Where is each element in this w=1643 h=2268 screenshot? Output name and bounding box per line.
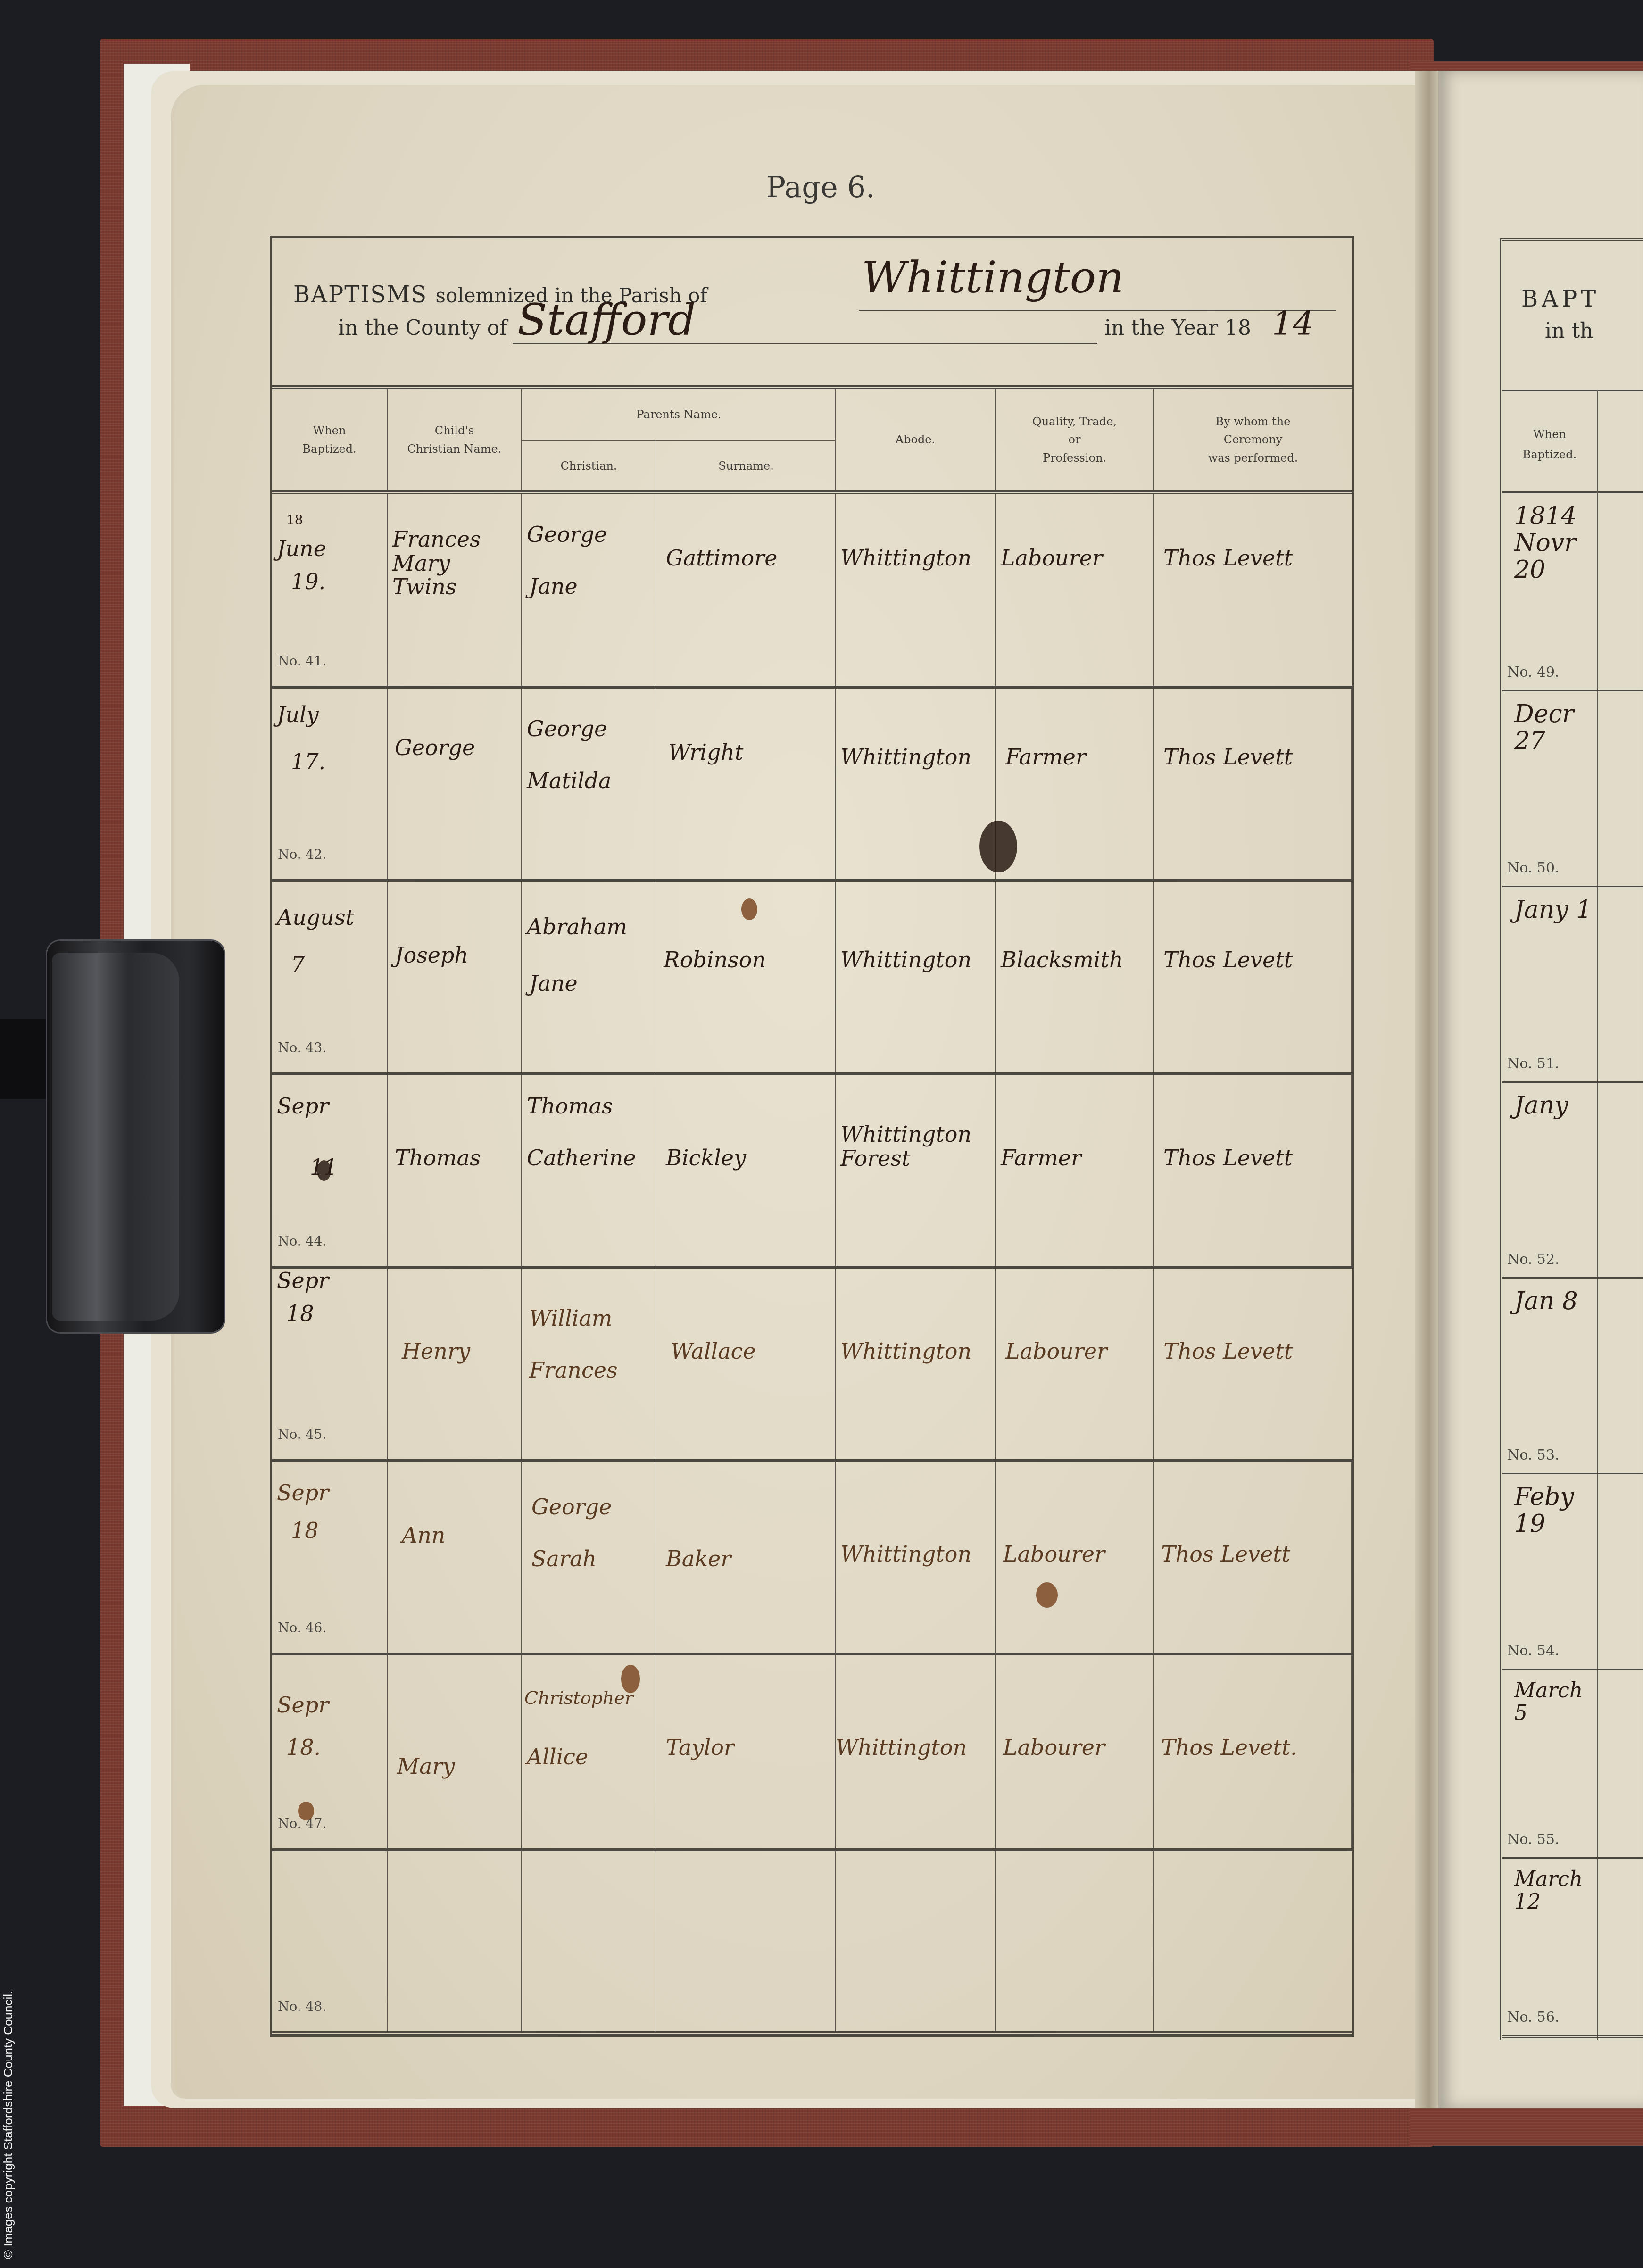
- county-label: in the County of: [338, 316, 507, 340]
- cell-trade: Farmer: [996, 1075, 1154, 1266]
- table-row: July 17. No. 42. George George Matilda W…: [272, 689, 1352, 882]
- cell-abode: [836, 1851, 996, 2031]
- cell-trade: Labourer: [996, 1269, 1154, 1459]
- entry-number: No. 42.: [278, 847, 326, 862]
- stain: [621, 1665, 640, 1693]
- entry-number: No. 41.: [278, 653, 326, 669]
- facing-row: Jany No. 52.: [1502, 1083, 1643, 1279]
- cell-date: August 7 No. 43.: [272, 882, 388, 1072]
- table-row: Sepr 18. No. 47. Mary Christopher Allice…: [272, 1655, 1352, 1851]
- cell-abode: Whittington: [836, 882, 996, 1072]
- cell-trade: Labourer: [996, 494, 1154, 686]
- cell-surname: Wright: [656, 689, 836, 879]
- cell-officiant: Thos Levett: [1154, 1462, 1352, 1653]
- stain: [1036, 1582, 1058, 1608]
- header-quality-trade: Quality, Trade, or Profession.: [996, 389, 1154, 490]
- cell-parent-christian: George Jane: [522, 494, 656, 686]
- entry-number: No. 43.: [278, 1040, 326, 1055]
- cell-surname: Baker: [656, 1462, 836, 1653]
- cell-abode: Whittington Forest: [836, 1075, 996, 1266]
- year-value: 14: [1272, 304, 1314, 343]
- cell-parent-christian: George Matilda: [522, 689, 656, 879]
- entry-number: No. 44.: [278, 1233, 326, 1249]
- cell-officiant: Thos Levett: [1154, 689, 1352, 879]
- header-when-baptized: When Baptized.: [272, 389, 388, 490]
- stain: [741, 898, 757, 920]
- cell-trade: Farmer: [996, 689, 1154, 879]
- ink-blot: [317, 1160, 331, 1181]
- parish-fill-line: [859, 310, 1336, 311]
- cell-child-name: Ann: [388, 1462, 522, 1653]
- cell-surname: Gattimore: [656, 494, 836, 686]
- parents-column-border: [522, 389, 836, 490]
- cell-date: July 17. No. 42.: [272, 689, 388, 879]
- cell-surname: Taylor: [656, 1655, 836, 1848]
- cell-date: Sepr 18. No. 47.: [272, 1655, 388, 1848]
- facing-row: Jany 1 No. 51.: [1502, 887, 1643, 1083]
- cell-child-name: Mary: [388, 1655, 522, 1848]
- header-by-whom: By whom the Ceremony was performed.: [1154, 389, 1352, 490]
- facing-row: Decr 27 No. 50.: [1502, 691, 1643, 887]
- facing-row: 1814 Novr 20 No. 49.: [1502, 493, 1643, 691]
- baptism-register-table: BAPTISMS solemnized in the Parish of Whi…: [270, 236, 1354, 2037]
- cell-parent-christian: Abraham Jane: [522, 882, 656, 1072]
- facing-row: March 12 No. 56.: [1502, 1859, 1643, 2038]
- header-child-name: Child's Christian Name.: [388, 389, 522, 490]
- table-row: Sepr 11 No. 44. Thomas Thomas Catherine …: [272, 1075, 1352, 1269]
- entry-number: No. 46.: [278, 1620, 326, 1636]
- cell-surname: [656, 1851, 836, 2031]
- copyright-notice: © Images copyright Staffordshire County …: [1, 1991, 16, 2259]
- cell-child-name: [388, 1851, 522, 2031]
- register-title-block: BAPTISMS solemnized in the Parish of Whi…: [272, 238, 1352, 389]
- entry-number: No. 45.: [278, 1427, 326, 1442]
- table-row: Sepr 18 No. 45. Henry William Frances Wa…: [272, 1269, 1352, 1462]
- page-number: Page 6.: [750, 170, 891, 204]
- cell-officiant: Thos Levett.: [1154, 1655, 1352, 1848]
- cell-child-name: George: [388, 689, 522, 879]
- cell-date: No. 48.: [272, 1851, 388, 2031]
- facing-register-table: BAPT in th When Baptized. 1814 Novr 20 N…: [1500, 238, 1643, 2040]
- facing-title: BAPT: [1521, 286, 1600, 312]
- year-label: in the Year 18: [1104, 316, 1251, 340]
- cell-surname: Wallace: [656, 1269, 836, 1459]
- clip-roller: [52, 953, 179, 1321]
- table-row-empty: No. 48.: [272, 1851, 1352, 2035]
- cell-child-name: Frances Mary Twins: [388, 494, 522, 686]
- cell-officiant: Thos Levett: [1154, 882, 1352, 1072]
- cell-surname: Bickley: [656, 1075, 836, 1266]
- table-row: August 7 No. 43. Joseph Abraham Jane Rob…: [272, 882, 1352, 1075]
- cell-child-name: Thomas: [388, 1075, 522, 1266]
- facing-row: March 5 No. 55.: [1502, 1670, 1643, 1859]
- entry-number: No. 48.: [278, 1999, 326, 2014]
- cell-abode: Whittington: [836, 1462, 996, 1653]
- cell-trade: [996, 1851, 1154, 2031]
- facing-header: When Baptized.: [1502, 390, 1643, 493]
- stain: [298, 1802, 314, 1820]
- cell-officiant: [1154, 1851, 1352, 2031]
- cell-abode: Whittington: [836, 494, 996, 686]
- cell-trade: Labourer: [996, 1655, 1154, 1848]
- cell-officiant: Thos Levett: [1154, 1075, 1352, 1266]
- facing-title-2: in th: [1545, 319, 1593, 343]
- cell-date: Sepr 18 No. 45.: [272, 1269, 388, 1459]
- cell-child-name: Joseph: [388, 882, 522, 1072]
- cell-trade: Blacksmith: [996, 882, 1154, 1072]
- cell-officiant: Thos Levett: [1154, 494, 1352, 686]
- cell-parent-christian: Thomas Catherine: [522, 1075, 656, 1266]
- page-clip: [47, 941, 224, 1332]
- cell-date: Sepr 18 No. 46.: [272, 1462, 388, 1653]
- cell-parent-christian: George Sarah: [522, 1462, 656, 1653]
- facing-row: Jan 8 No. 53.: [1502, 1279, 1643, 1474]
- cell-abode: Whittington: [836, 1269, 996, 1459]
- header-abode: Abode.: [836, 389, 996, 490]
- cell-trade: Labourer: [996, 1462, 1154, 1653]
- cell-date: 18 June 19. No. 41.: [272, 494, 388, 686]
- cell-parent-christian: [522, 1851, 656, 2031]
- ink-blot: [979, 821, 1017, 872]
- cell-abode: Whittington: [836, 1655, 996, 1848]
- clip-arm: [0, 1019, 52, 1099]
- facing-row: Feby 19 No. 54.: [1502, 1474, 1643, 1670]
- table-row: Sepr 18 No. 46. Ann George Sarah Baker W…: [272, 1462, 1352, 1655]
- cell-parent-christian: William Frances: [522, 1269, 656, 1459]
- parish-name: Whittington: [862, 252, 1124, 303]
- cell-abode: Whittington: [836, 689, 996, 879]
- header-divider: [272, 490, 1352, 494]
- county-name: Stafford: [517, 295, 696, 345]
- cell-child-name: Henry: [388, 1269, 522, 1459]
- cell-officiant: Thos Levett: [1154, 1269, 1352, 1459]
- table-row: 18 June 19. No. 41. Frances Mary Twins G…: [272, 494, 1352, 689]
